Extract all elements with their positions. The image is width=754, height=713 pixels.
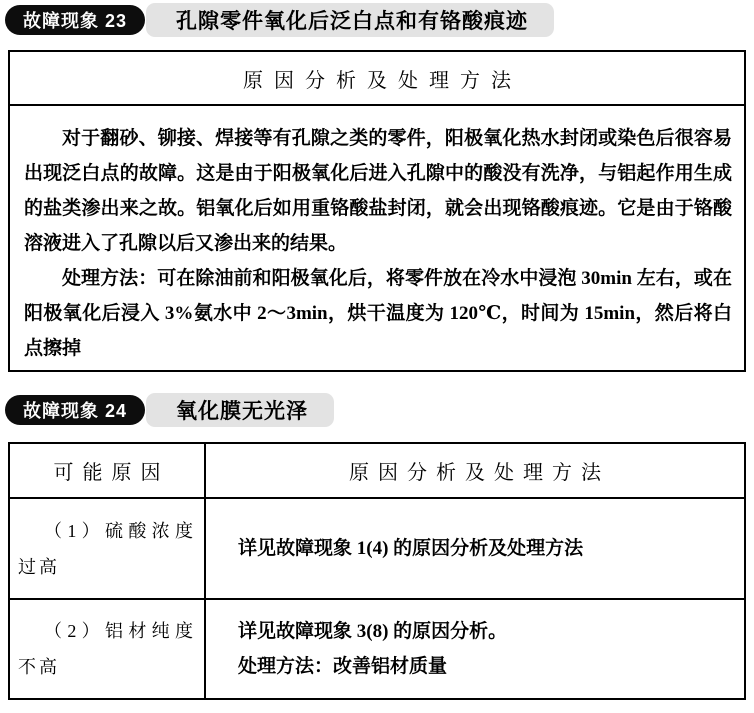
table-row-2-cause-cell: （2）铝材纯度不高 <box>10 600 206 698</box>
section1-method-label: 处理方法： <box>62 268 157 289</box>
table-row-2-method: 处理方法：改善铝材质量 <box>238 649 734 684</box>
section1-analysis-paragraph: 对于翻砂、铆接、焊接等有孔隙之类的零件，阳极氧化热水封闭或染色后很容易出现泛白点… <box>24 121 732 261</box>
document-page: 孔隙零件氧化后泛白点和有铬酸痕迹 故障现象 23 原因分析及处理方法 对于翻砂、… <box>0 0 754 713</box>
section1-title-pill: 孔隙零件氧化后泛白点和有铬酸痕迹 <box>146 3 554 37</box>
section1-table: 原因分析及处理方法 对于翻砂、铆接、焊接等有孔隙之类的零件，阳极氧化热水封闭或染… <box>8 50 746 372</box>
section2-fault-badge: 故障现象 24 <box>5 395 145 425</box>
section2-header: 氧化膜无光泽 故障现象 24 <box>0 390 754 432</box>
table-row-2-method-label: 处理方法： <box>238 656 333 677</box>
table-row-2-cause: （2）铝材纯度不高 <box>18 613 196 685</box>
section1-fault-badge: 故障现象 23 <box>5 5 145 35</box>
section1-table-body: 对于翻砂、铆接、焊接等有孔隙之类的零件，阳极氧化热水封闭或染色后很容易出现泛白点… <box>10 106 744 366</box>
table-row-2-analysis: 详见故障现象 3(8) 的原因分析。 <box>238 614 734 649</box>
section1-method-paragraph: 处理方法：可在除油前和阳极氧化后，将零件放在冷水中浸泡 30min 左右，或在阳… <box>24 261 732 366</box>
section1-table-header: 原因分析及处理方法 <box>10 52 744 106</box>
table-row-2-analysis-cell: 详见故障现象 3(8) 的原因分析。 处理方法：改善铝材质量 <box>206 600 744 698</box>
section2-title: 氧化膜无光泽 <box>176 395 308 425</box>
section2-col2-header: 原因分析及处理方法 <box>206 444 744 499</box>
table-row-1-cause-cell: （1）硫酸浓度过高 <box>10 499 206 600</box>
section2-col1-header: 可能原因 <box>10 444 206 499</box>
table-row-1-analysis-cell: 详见故障现象 1(4) 的原因分析及处理方法 <box>206 499 744 600</box>
section1-header: 孔隙零件氧化后泛白点和有铬酸痕迹 故障现象 23 <box>0 0 754 42</box>
section1-title: 孔隙零件氧化后泛白点和有铬酸痕迹 <box>176 5 528 35</box>
section2-title-pill: 氧化膜无光泽 <box>146 393 334 427</box>
table-row-1-analysis: 详见故障现象 1(4) 的原因分析及处理方法 <box>238 531 734 566</box>
section2-badge-label: 故障现象 24 <box>23 397 127 423</box>
table-row-2-method-text: 改善铝材质量 <box>333 656 447 677</box>
section1-badge-label: 故障现象 23 <box>23 7 127 33</box>
table-row-1-cause: （1）硫酸浓度过高 <box>18 513 196 585</box>
section2-table: 可能原因 原因分析及处理方法 （1）硫酸浓度过高 详见故障现象 1(4) 的原因… <box>8 442 746 700</box>
